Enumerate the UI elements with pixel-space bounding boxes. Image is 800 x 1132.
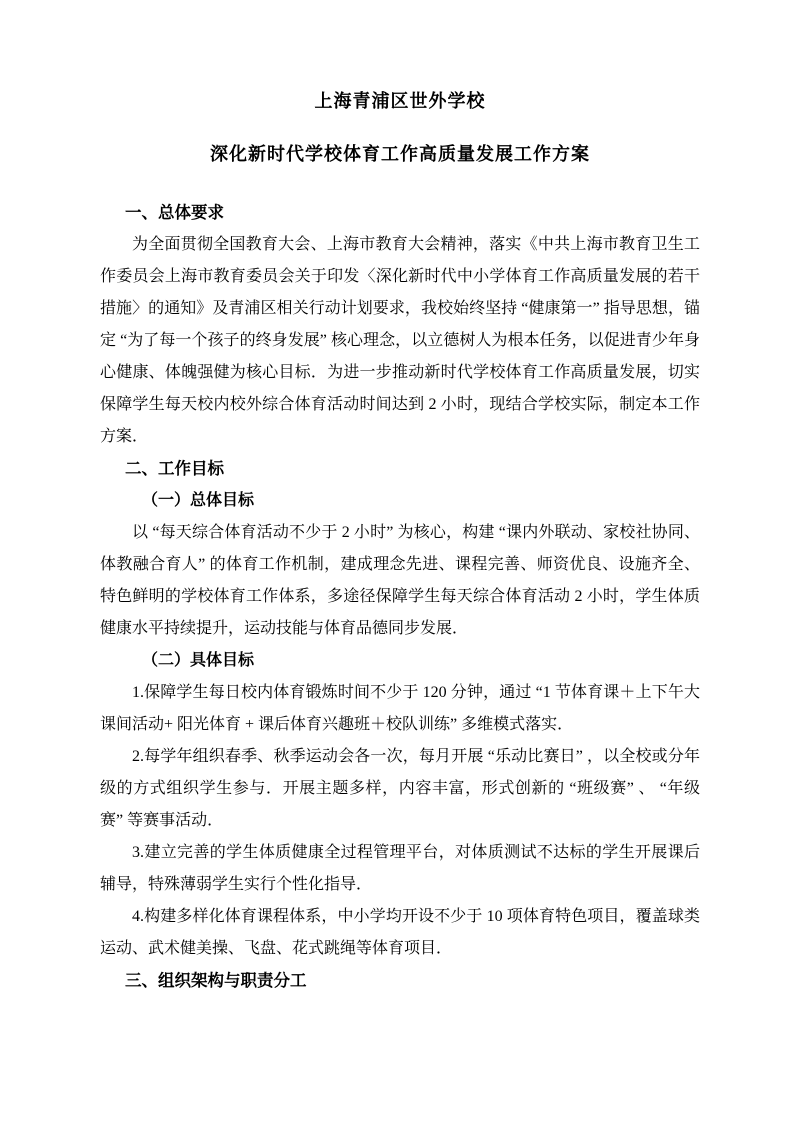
section-heading-organization: 三、组织架构与职责分工 [100, 965, 700, 997]
specific-goal-item-2: 2.每学年组织春季、秋季运动会各一次，每月开展 “乐动比赛日” ，以全校或分年级… [100, 741, 700, 837]
doc-title: 上海青浦区世外学校 [100, 88, 700, 114]
doc-body: 一、总体要求 为全面贯彻全国教育大会、上海市教育大会精神，落实《中共上海市教育卫… [100, 197, 700, 997]
subsection-heading-specific-goals: （二）具体目标 [100, 645, 700, 677]
doc-subtitle: 深化新时代学校体育工作高质量发展工作方案 [100, 141, 700, 167]
specific-goal-item-1: 1.保障学生每日校内体育锻炼时间不少于 120 分钟，通过 “1 节体育课＋上下… [100, 677, 700, 741]
section-heading-overall-requirements: 一、总体要求 [100, 197, 700, 229]
specific-goal-item-3: 3.建立完善的学生体质健康全过程管理平台，对体质测试不达标的学生开展课后辅导，特… [100, 837, 700, 901]
paragraph-overall-requirements: 为全面贯彻全国教育大会、上海市教育大会精神，落实《中共上海市教育卫生工作委员会上… [100, 229, 700, 453]
document-page: 上海青浦区世外学校 深化新时代学校体育工作高质量发展工作方案 一、总体要求 为全… [0, 0, 800, 1132]
specific-goal-item-4: 4.构建多样化体育课程体系，中小学均开设不少于 10 项体育特色项目，覆盖球类运… [100, 901, 700, 965]
subsection-heading-overall-goal: （一）总体目标 [100, 485, 700, 517]
section-heading-work-goals: 二、工作目标 [100, 453, 700, 485]
paragraph-overall-goal: 以 “每天综合体育活动不少于 2 小时” 为核心，构建 “课内外联动、家校社协同… [100, 517, 700, 645]
